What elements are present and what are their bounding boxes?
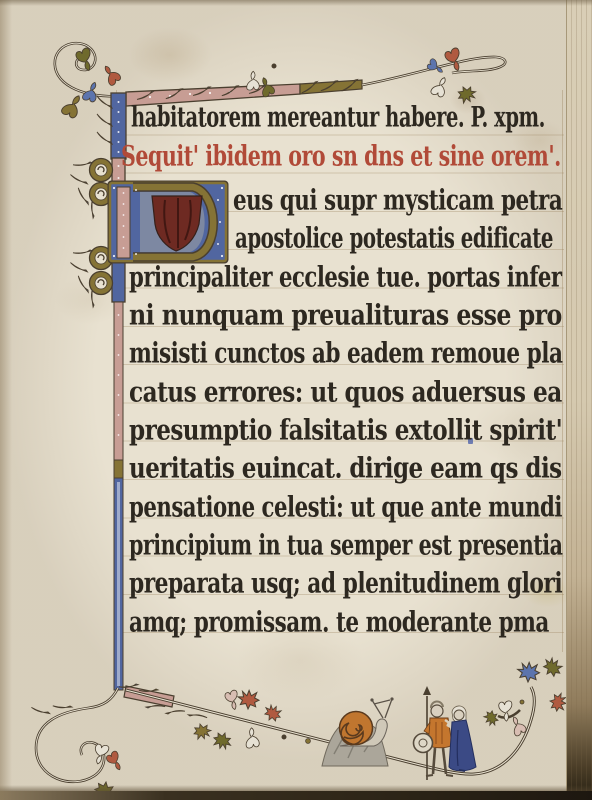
- text-line: ni nunquam preualituras esse pro: [129, 299, 562, 335]
- text-line: principium in tua semper est presentia: [129, 529, 563, 565]
- text-line: presumptio falsitatis extollit spirit': [129, 414, 562, 450]
- gutter-shade: [0, 0, 12, 800]
- text-line: pensatione celesti: ut que ante mundi: [129, 491, 562, 527]
- spearman-marginalia: [414, 686, 458, 780]
- text-line: amq; promissam. te moderante pma: [129, 606, 549, 642]
- rubric-line: Sequit' ibidem oro sn dns et sine orem'.: [121, 140, 561, 176]
- initial-letter: D: [142, 192, 192, 260]
- vertical-ruling-left: [116, 90, 117, 652]
- snail-on-rock-marginalia: [322, 697, 394, 766]
- top-border-bar: [126, 57, 505, 106]
- text-line: eus qui supr mysticam petra: [233, 184, 562, 220]
- bottom-border-bar: [119, 676, 534, 774]
- text-line: catus errores: ut quos aduersus ea: [129, 376, 562, 412]
- lady-marginalia: [445, 706, 476, 771]
- text-line: preparata usq; ad plenitudinem glori: [129, 567, 562, 603]
- bottom-leaf-cluster: [212, 689, 311, 750]
- text-line: ueritatis euincat. dirige eam qs dis: [129, 452, 562, 488]
- bottom-right-leaves: [481, 655, 566, 737]
- book-fore-edge: [566, 0, 592, 800]
- manuscript-page: habitatorem mereantur habere. P. xpm. Se…: [0, 0, 592, 800]
- bottom-left-vine-curl: [31, 688, 126, 800]
- text-line: misisti cunctos ab eadem remoue pla: [129, 337, 562, 373]
- top-edge-shade: [0, 0, 592, 6]
- top-border-leaves: [245, 47, 478, 106]
- text-line: habitatorem mereantur habere. P. xpm.: [131, 101, 545, 137]
- book-bottom-edge: [0, 791, 592, 800]
- left-border-bar: [97, 93, 126, 690]
- text-line: principaliter ecclesie tue. portas infer: [129, 261, 562, 297]
- left-border-roundels: [70, 154, 112, 307]
- text-line: apostolice potestatis edificate: [235, 222, 553, 258]
